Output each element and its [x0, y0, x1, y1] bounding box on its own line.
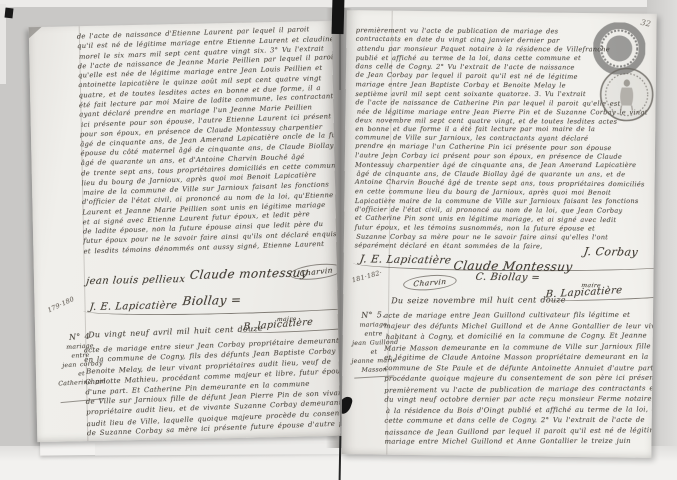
right-page: 32 premièrement vu l'acte de publication…	[341, 10, 656, 458]
signature-oval-scribble: Charvin	[289, 261, 340, 282]
signature-mayor-title: maire	[581, 282, 602, 289]
page-corner-fold	[29, 26, 43, 39]
act3-conclusion-text: de l'acte de naissance d'Etienne Laurent…	[77, 24, 341, 256]
effigy-seal-icon	[597, 65, 656, 124]
manuscript-line: naissance de Jean Guillond par lequel il…	[384, 425, 648, 438]
manuscript-line: cette commune et dans celle de Cogny. 2°…	[384, 415, 648, 426]
register-scan: de l'acte de naissance d'Etienne Laurent…	[0, 0, 677, 480]
signature-official: Biollay =	[182, 293, 243, 308]
manuscript-line: Suzanne Corbay sa mère pour ne le savoir…	[356, 233, 652, 243]
signature-oval-scribble: Charvin	[403, 273, 457, 292]
manuscript-line: procédante quoique majeure du consenteme…	[384, 373, 648, 384]
manuscript-line: Marie Masson demeurante en la commune de…	[384, 341, 648, 354]
book-binding-strip	[332, 0, 345, 34]
act5-body-text: acte de mariage entre Jean Guillond cult…	[384, 310, 648, 447]
folio-pair-note: 181·182·	[351, 268, 383, 284]
folio-pair-note: 179·180	[46, 295, 75, 314]
signature-witness: jean louis pellieux	[85, 274, 186, 287]
act4-date-line: Du vingt neuf avril mil huit cent douze	[88, 324, 263, 340]
page-edge-curl	[341, 395, 353, 416]
manuscript-line: Lapicatière maire de la commune de Ville…	[355, 197, 651, 206]
signature-witness-flourish: Charvin	[402, 275, 457, 291]
manuscript-line: en bonne et due forme il a été fait lect…	[355, 126, 651, 135]
manuscript-line: commune de Ste Paule et de défunte Antoi…	[384, 363, 648, 374]
manuscript-line: acte de mariage entre Jean Guillond cult…	[384, 310, 648, 321]
book-binding-line	[339, 32, 341, 90]
signature-witness: C. Biollay =	[475, 272, 541, 284]
act5-date-line: Du seize novembre mil huit cent douze	[391, 295, 566, 305]
manuscript-line: premièrement vu l'acte de publication de…	[384, 383, 648, 396]
signature-witness-flourish: Charvin	[289, 264, 340, 280]
left-page: de l'acte de naissance d'Etienne Laurent…	[29, 21, 341, 442]
signature-mayor-title: maire	[276, 316, 296, 323]
manuscript-line: à la résidence du Bois d'Oingt publié et…	[386, 404, 650, 416]
effigy-seal-graphic	[597, 65, 656, 124]
scan-edge-mark	[4, 8, 13, 19]
act4-body-text: acte de mariage entre sieur Jean Corbay …	[84, 335, 341, 439]
